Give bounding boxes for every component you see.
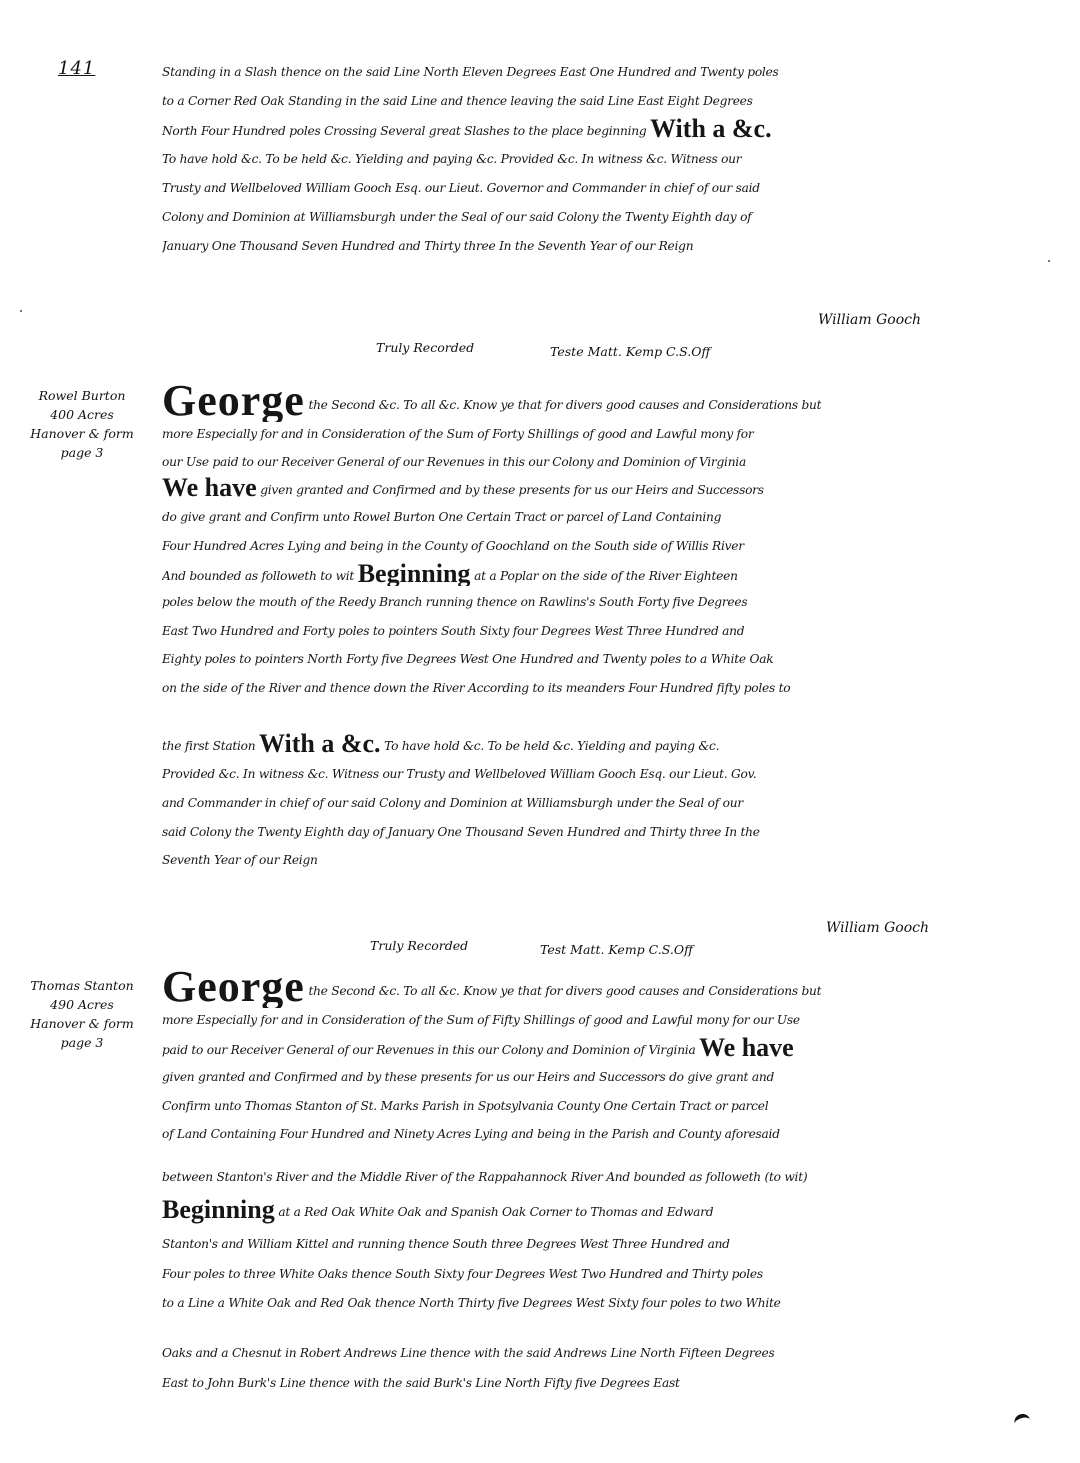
text-line: on the side of the River and thence down…	[162, 676, 1022, 700]
margin-note-line: 400 Acres	[12, 405, 152, 424]
we-have-heading: We have	[162, 476, 257, 500]
with-a-etc-heading: With a &c.	[650, 117, 772, 141]
text-fragment: the first Station	[162, 739, 255, 753]
margin-note-line: page 3	[12, 1033, 152, 1052]
text-fragment: paid to our Receiver General of our Reve…	[162, 1043, 695, 1057]
margin-note-thomas-stanton: Thomas Stanton 490 Acres Hanover & form …	[12, 976, 152, 1052]
ink-speck	[1048, 260, 1050, 262]
text-line: Confirm unto Thomas Stanton of St. Marks…	[162, 1094, 1022, 1118]
text-line: and Commander in chief of our said Colon…	[162, 791, 1022, 815]
margin-note-line: Hanover & form	[12, 1014, 152, 1033]
text-fragment: at a Red Oak White Oak and Spanish Oak C…	[278, 1205, 713, 1219]
text-line: Oaks and a Chesnut in Robert Andrews Lin…	[162, 1341, 1022, 1365]
text-fragment: To have hold &c. To be held &c. Yielding…	[384, 739, 719, 753]
beginning-heading: Beginning	[162, 1195, 275, 1224]
signature-william-gooch: William Gooch	[818, 312, 921, 328]
text-line: Provided &c. In witness &c. Witness our …	[162, 762, 1022, 786]
catchword-mark	[1013, 1412, 1032, 1428]
text-line: Trusty and Wellbeloved William Gooch Esq…	[162, 176, 1022, 200]
text-line: Standing in a Slash thence on the said L…	[162, 60, 1022, 84]
margin-note-rowel-burton: Rowel Burton 400 Acres Hanover & form pa…	[12, 386, 152, 462]
text-line: Colony and Dominion at Williamsburgh und…	[162, 205, 1022, 229]
text-line: given granted and Confirmed and by these…	[162, 1065, 1022, 1089]
margin-note-line: Thomas Stanton	[12, 976, 152, 995]
text-line: We have given granted and Confirmed and …	[162, 476, 1022, 500]
text-line: Four poles to three White Oaks thence So…	[162, 1262, 1022, 1286]
margin-note-line: page 3	[12, 443, 152, 462]
page-number: 141	[58, 58, 95, 79]
text-line: our Use paid to our Receiver General of …	[162, 450, 1022, 474]
with-a-etc-heading: With a &c.	[259, 732, 381, 756]
text-line: the first Station With a &c. To have hol…	[162, 732, 1022, 756]
text-line: East Two Hundred and Forty poles to poin…	[162, 619, 1022, 643]
truly-recorded-note: Truly Recorded	[376, 340, 474, 355]
ledger-page: 141 Standing in a Slash thence on the sa…	[0, 0, 1080, 1463]
attest-clerk-note: Test Matt. Kemp C.S.Off	[540, 942, 693, 957]
ink-speck	[20, 310, 22, 312]
text-fragment: North Four Hundred poles Crossing Severa…	[162, 124, 646, 138]
text-line: poles below the mouth of the Reedy Branc…	[162, 590, 1022, 614]
text-fragment: at a Poplar on the side of the River Eig…	[474, 569, 738, 583]
text-line: Eighty poles to pointers North Forty fiv…	[162, 647, 1022, 671]
margin-note-line: 490 Acres	[12, 995, 152, 1014]
text-line: George the Second &c. To all &c. Know ye…	[162, 966, 1022, 1008]
text-line: Four Hundred Acres Lying and being in th…	[162, 534, 1022, 558]
text-line: more Especially for and in Consideration…	[162, 422, 1022, 446]
truly-recorded-note: Truly Recorded	[370, 938, 468, 953]
text-fragment: the Second &c. To all &c. Know ye that f…	[308, 984, 821, 998]
text-line: do give grant and Confirm unto Rowel Bur…	[162, 505, 1022, 529]
text-line: to a Line a White Oak and Red Oak thence…	[162, 1291, 1022, 1315]
text-line: January One Thousand Seven Hundred and T…	[162, 234, 1022, 258]
attest-clerk-note: Teste Matt. Kemp C.S.Off	[550, 344, 710, 359]
text-fragment: the Second &c. To all &c. Know ye that f…	[308, 398, 821, 412]
george-initial-heading: George	[162, 966, 305, 1008]
text-line: To have hold &c. To be held &c. Yielding…	[162, 147, 1022, 171]
margin-note-line: Hanover & form	[12, 424, 152, 443]
text-line: more Especially for and in Consideration…	[162, 1008, 1022, 1032]
text-line: to a Corner Red Oak Standing in the said…	[162, 89, 1022, 113]
text-line: Seventh Year of our Reign	[162, 848, 1022, 872]
text-line: paid to our Receiver General of our Reve…	[162, 1036, 1022, 1060]
text-line: between Stanton's River and the Middle R…	[162, 1165, 1022, 1189]
text-line: Stanton's and William Kittel and running…	[162, 1232, 1022, 1256]
text-line: of Land Containing Four Hundred and Nine…	[162, 1122, 1022, 1146]
signature-william-gooch: William Gooch	[826, 920, 929, 936]
text-line: And bounded as followeth to wit Beginnin…	[162, 562, 1022, 586]
text-line: Beginning at a Red Oak White Oak and Spa…	[162, 1195, 1022, 1225]
text-fragment: And bounded as followeth to wit	[162, 569, 354, 583]
text-line: George the Second &c. To all &c. Know ye…	[162, 380, 1022, 422]
text-line: East to John Burk's Line thence with the…	[162, 1371, 1022, 1395]
we-have-heading: We have	[699, 1036, 794, 1060]
beginning-heading: Beginning	[358, 562, 471, 586]
margin-note-line: Rowel Burton	[12, 386, 152, 405]
text-line: North Four Hundred poles Crossing Severa…	[162, 117, 1022, 141]
text-fragment: given granted and Confirmed and by these…	[260, 483, 764, 497]
george-initial-heading: George	[162, 380, 305, 422]
text-line: said Colony the Twenty Eighth day of Jan…	[162, 820, 1022, 844]
